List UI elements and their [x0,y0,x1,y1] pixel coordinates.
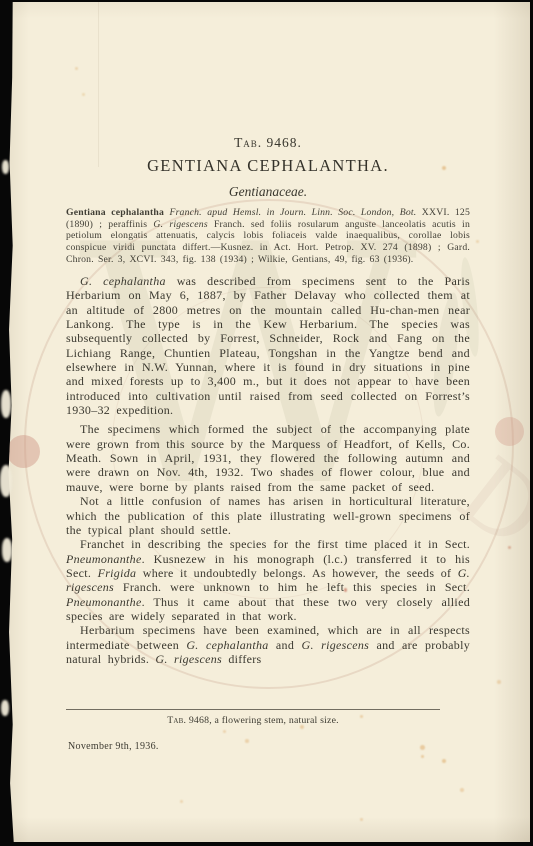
plate-number: Tab. 9468. [66,135,470,151]
screenshot-root: { "colors": { "paper": "#f5eeda", "ink":… [0,0,533,846]
fox-spot [300,725,304,729]
text-run: Franch. were unknown to him he left this… [114,580,470,594]
text-run: 9468, a flowering stem, natural size. [186,715,339,726]
figure-caption: Tab. 9468, a flowering stem, natural siz… [66,715,440,726]
body-text: G. cephalantha was described from specim… [66,274,470,666]
fox-spot [460,788,464,792]
text-run: Pneumonanthe [66,595,142,609]
body-paragraph: Not a little confusion of names has aris… [66,494,470,537]
body-paragraph: G. cephalantha was described from specim… [66,274,470,417]
fox-spot [245,739,249,743]
fox-spot [180,800,183,803]
scanned-book-page: W D Tab. 9468. GENTIANA CEPHALANTHA. Gen… [8,2,530,842]
torn-edge-fragment [2,160,9,174]
heading-block: Tab. 9468. GENTIANA CEPHALANTHA. Gentian… [66,135,470,200]
torn-edge-fragment [1,390,11,418]
torn-edge-fragment [0,465,12,497]
text-run: Tab. [167,715,186,726]
fox-spot [497,680,501,684]
text-run: was described from specimens sent to the… [66,274,470,417]
nomenclature-citation: Gentiana cephalantha Franch. apud Hemsl.… [66,207,470,266]
fox-spot [420,745,425,750]
fox-spot [360,818,363,821]
text-run: G. cephalantha [80,274,166,288]
text-run: G. rigescens [153,219,207,230]
torn-edge-fragment [2,538,12,562]
text-run: and [269,638,302,652]
fox-spot [82,93,85,96]
fox-spot [360,715,363,718]
text-run: Pneumonanthe [66,552,142,566]
publication-date: November 9th, 1936. [68,741,159,752]
watermark-dot-left [7,435,40,468]
text-run: Franch. apud Hemsl. in Journ. Linn. Soc.… [169,207,416,218]
watermark-dot-right [495,417,524,446]
footnote-rule [66,709,440,710]
torn-edge-fragment [1,700,9,716]
text-run: G. rigescens [155,652,222,666]
family-name: Gentianaceae. [66,184,470,200]
fox-spot [476,240,479,243]
body-paragraph: Herbarium specimens have been examined, … [66,623,470,666]
text-run: The specimens which formed the subject o… [66,422,470,493]
fox-spot [344,588,347,592]
text-run: differs [222,652,262,666]
text-run: where it undoubtedly belongs. As however… [136,566,457,580]
fox-spot [442,759,446,763]
text-run: G. cephalantha [186,638,268,652]
fox-spot [421,755,424,758]
body-paragraph: The specimens which formed the subject o… [66,422,470,494]
species-title: GENTIANA CEPHALANTHA. [66,156,470,176]
fox-spot [223,730,226,733]
fox-spot [508,546,511,549]
text-run: Not a little confusion of names has aris… [66,494,470,537]
text-run: Franchet in describing the species for t… [80,537,470,551]
text-run: Gentiana cephalantha [66,207,169,218]
fox-spot [442,166,446,170]
body-paragraph: Franchet in describing the species for t… [66,537,470,623]
text-run: G. rigescens [302,638,370,652]
text-run: Frigida [98,566,137,580]
fox-spot [75,67,78,70]
